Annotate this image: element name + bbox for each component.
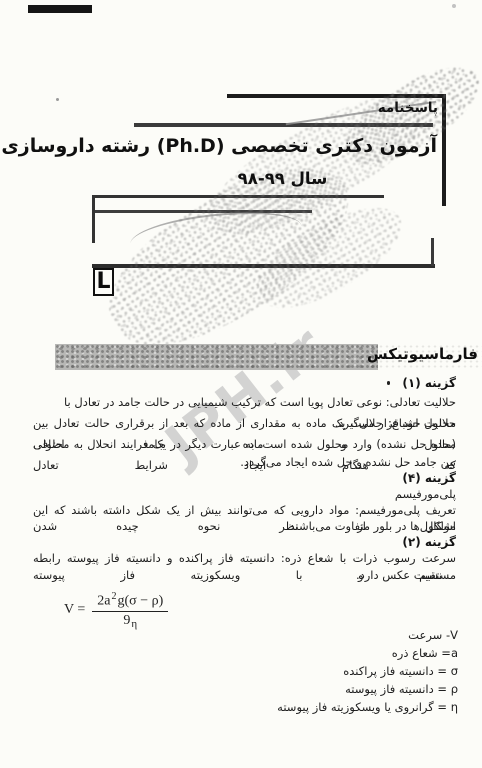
formula-fraction: 2a2g(σ − ρ) 9η	[92, 589, 168, 632]
answers-body: گزینه (۱) حلالیت تعادلی: نوعی تعادل پویا…	[33, 374, 456, 583]
option-2-label: گزینه (۲)	[402, 534, 456, 550]
definition-dispersed-density: σ = دانسیته فاز پراکنده	[277, 662, 458, 680]
eta-subscript: η	[131, 618, 137, 630]
definition-continuous-density: ρ = دانسیته فاز پیوسته	[277, 680, 458, 698]
answer-key-label: پاسخنامه	[378, 100, 438, 116]
left-rule-segment	[92, 195, 95, 243]
answer-line: حلالیت تعادلی: نوعی تعادل پویا است که تر…	[33, 392, 456, 413]
stokes-sedimentation-formula: V = 2a2g(σ − ρ) 9η	[64, 589, 168, 632]
formula-denominator: 9η	[123, 612, 137, 632]
scan-binding-mark	[28, 5, 92, 13]
definition-velocity: V- سرعت	[277, 626, 458, 644]
definition-radius: a= شعاع ذره	[277, 644, 458, 662]
bullet-dot-icon	[387, 381, 391, 385]
answer-line: سرعت رسوب ذرات با شعاع ذره: دانسیته فاز …	[33, 550, 456, 567]
answer-line: (ماده حل نشده) وارد محلول شده است. به عب…	[33, 434, 456, 455]
option-4-label: گزینه (۴)	[402, 470, 456, 486]
polymorphism-subtitle: پلی‌مورفیسم	[33, 486, 456, 502]
exam-year: سال ۹۹-۹۸	[225, 169, 340, 188]
option-2-heading: گزینه (۲)	[33, 534, 456, 550]
scanned-answer-key-page: پاسخنامه آزمون دکتری تخصصی (Ph.D) رشته د…	[0, 0, 482, 768]
section-bar	[55, 344, 378, 370]
definition-viscosity: η = گرانروی یا ویسکوزیته فاز پیوسته	[277, 698, 458, 716]
exam-title: آزمون دکتری تخصصی (Ph.D) رشته داروسازی	[105, 135, 437, 157]
formula-lhs: V =	[64, 602, 85, 618]
answer-line: تعریف پلی‌مورفیسم: مواد دارویی که می‌توا…	[33, 502, 456, 518]
symbol-definitions: V- سرعت a= شعاع ذره σ = دانسیته فاز پراک…	[277, 626, 458, 716]
option-1-label: گزینه (۱)	[402, 374, 456, 392]
answer-line: حلالیت اشباع: حلالیت یک ماده به مقداری ا…	[33, 413, 456, 434]
scan-speckle	[452, 4, 456, 8]
scan-speckle	[56, 98, 59, 101]
option-1-heading: گزینه (۱)	[33, 374, 456, 392]
corner-mark-letter: L	[93, 268, 114, 296]
exponent: 2	[111, 591, 116, 602]
bottom-rule-right-stub	[431, 238, 434, 266]
section-title: فارماسیوتیکس	[367, 345, 478, 363]
formula-numerator: 2a2g(σ − ρ)	[92, 589, 168, 612]
